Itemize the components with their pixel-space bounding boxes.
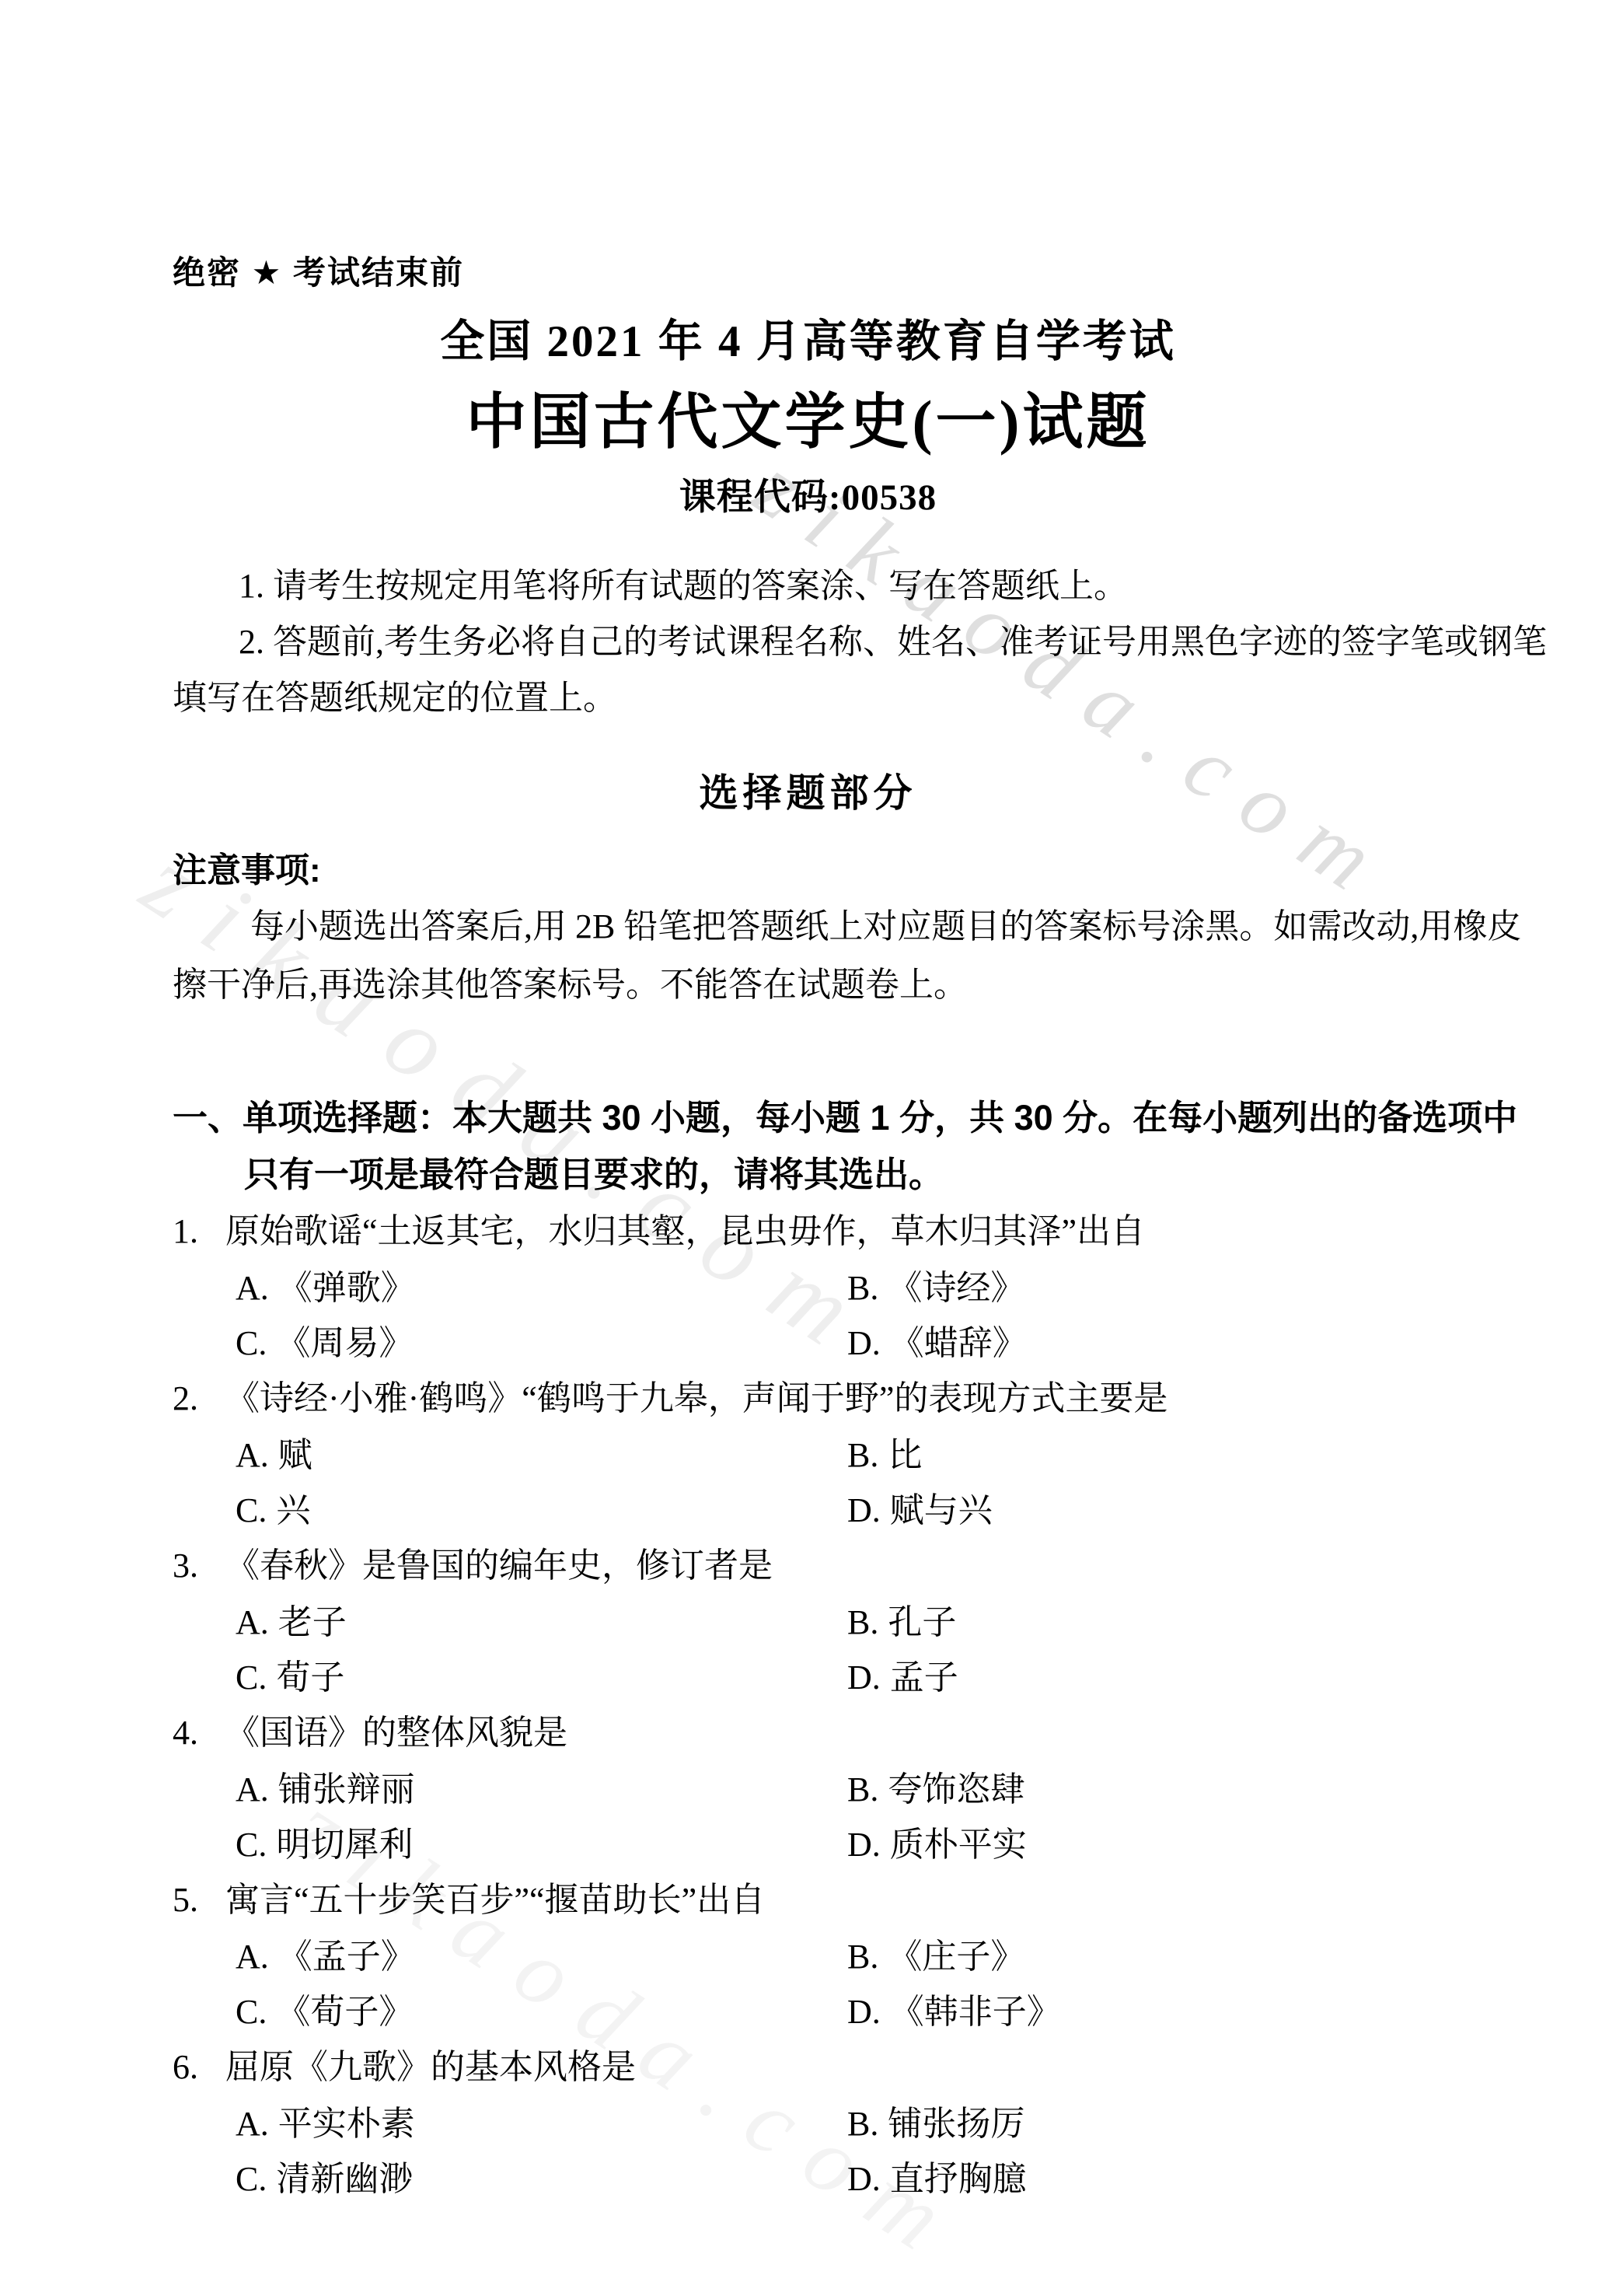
option-label: B. — [847, 2107, 878, 2141]
question-number: 1. — [173, 1214, 225, 1249]
option-text: 《孟子》 — [278, 1938, 415, 1976]
option-c: C.荀子 — [236, 1661, 847, 1695]
option-text: 铺张辩丽 — [278, 1770, 415, 1808]
question-number: 6. — [173, 2050, 225, 2085]
option-text: 兴 — [276, 1491, 310, 1529]
option-text: 《蜡辞》 — [890, 1324, 1027, 1362]
option-row: C.荀子 D.孟子 — [173, 1661, 1541, 1695]
option-label: C. — [236, 1995, 267, 2029]
option-label: B. — [847, 1773, 878, 1807]
option-text: 《弹歌》 — [278, 1269, 415, 1307]
option-b: B.比 — [847, 1438, 1541, 1473]
option-row: A.《弹歌》 B.《诗经》 — [173, 1271, 1541, 1305]
question: 3. 《春秋》是鲁国的编年史，修订者是 A.老子 B.孔子 C.荀子 D.孟子 — [173, 1549, 1541, 1695]
option-text: 铺张扬厉 — [888, 2105, 1024, 2143]
question-stem: 原始歌谣“土返其宅，水归其壑，昆虫毋作，草木归其泽”出自 — [225, 1214, 1145, 1249]
question-stem: 《诗经·小雅·鹤鸣》“鹤鸣于九皋，声闻于野”的表现方式主要是 — [225, 1382, 1167, 1416]
instruction-line: 2. 答题前,考生务必将自己的考试课程名称、姓名、准考证号用黑色字迹的签字笔或钢… — [173, 625, 1494, 659]
option-text: 比 — [888, 1436, 922, 1474]
option-row: A.铺张辩丽 B.夸饰恣肆 — [173, 1773, 1541, 1807]
question: 2. 《诗经·小雅·鹤鸣》“鹤鸣于九皋，声闻于野”的表现方式主要是 A.赋 B.… — [173, 1382, 1541, 1528]
notice-title: 注意事项: — [173, 854, 1510, 888]
option-text: 明切犀利 — [276, 1826, 413, 1864]
option-text: 质朴平实 — [890, 1826, 1027, 1864]
question-list: 1. 原始歌谣“土返其宅，水归其壑，昆虫毋作，草木归其泽”出自 A.《弹歌》 B… — [173, 1214, 1541, 2217]
option-label: A. — [236, 2107, 269, 2141]
option-text: 孟子 — [890, 1658, 958, 1697]
question-stem: 寓言“五十步笑百步”“揠苗助长”出自 — [225, 1883, 765, 1917]
part-one-heading-line: 只有一项是最符合题目要求的，请将其选出。 — [244, 1157, 1541, 1192]
question-stem-row: 5. 寓言“五十步笑百步”“揠苗助长”出自 — [173, 1883, 1541, 1917]
option-label: D. — [847, 1326, 881, 1361]
option-text: 直抒胸臆 — [890, 2160, 1027, 2198]
option-text: 老子 — [278, 1603, 347, 1641]
option-b: B.《庄子》 — [847, 1940, 1541, 1974]
option-c: C.明切犀利 — [236, 1828, 847, 1862]
option-label: D. — [847, 2162, 881, 2196]
option-label: C. — [236, 1661, 267, 1695]
option-c: C.《荀子》 — [236, 1995, 847, 2029]
option-a: A.平实朴素 — [236, 2107, 847, 2141]
option-a: A.《弹歌》 — [236, 1271, 847, 1305]
option-d: D.质朴平实 — [847, 1828, 1541, 1862]
exam-paper-page: zikaoda.com zikaoda.com zikaoda.com 绝密 ★… — [0, 0, 1616, 2296]
instruction-line: 1. 请考生按规定用笔将所有试题的答案涂、写在答题纸上。 — [173, 569, 1494, 603]
option-d: D.赋与兴 — [847, 1494, 1541, 1528]
option-text: 《荀子》 — [276, 1993, 413, 2031]
option-label: C. — [236, 1828, 267, 1862]
part-one-heading: 一、单项选择题：本大题共 30 小题，每小题 1 分，共 30 分。在每小题列出… — [173, 1100, 1541, 1192]
option-d: D.《蜡辞》 — [847, 1326, 1541, 1361]
option-label: B. — [847, 1438, 878, 1473]
instruction-line: 填写在答题纸规定的位置上。 — [173, 681, 1494, 715]
question-stem: 《国语》的整体风貌是 — [225, 1716, 567, 1750]
option-c: C.兴 — [236, 1494, 847, 1528]
option-a: A.老子 — [236, 1606, 847, 1640]
option-label: B. — [847, 1940, 878, 1974]
question-number: 2. — [173, 1382, 225, 1416]
option-a: A.铺张辩丽 — [236, 1773, 847, 1807]
option-b: B.《诗经》 — [847, 1271, 1541, 1305]
option-row: C.兴 D.赋与兴 — [173, 1494, 1541, 1528]
question-stem-row: 4. 《国语》的整体风貌是 — [173, 1716, 1541, 1750]
option-row: C.《荀子》 D.《韩非子》 — [173, 1995, 1541, 2029]
notice-block: 注意事项: 每小题选出答案后,用 2B 铅笔把答题纸上对应题目的答案标号涂黑。如… — [173, 854, 1510, 1002]
question-stem: 屈原《九歌》的基本风格是 — [225, 2050, 636, 2085]
question: 1. 原始歌谣“土返其宅，水归其壑，昆虫毋作，草木归其泽”出自 A.《弹歌》 B… — [173, 1214, 1541, 1361]
option-label: B. — [847, 1606, 878, 1640]
question: 4. 《国语》的整体风貌是 A.铺张辩丽 B.夸饰恣肆 C.明切犀利 D.质朴平… — [173, 1716, 1541, 1862]
option-b: B.夸饰恣肆 — [847, 1773, 1541, 1807]
option-label: A. — [236, 1271, 269, 1305]
option-label: A. — [236, 1606, 269, 1640]
option-row: C.清新幽渺 D.直抒胸臆 — [173, 2162, 1541, 2196]
option-row: C.《周易》 D.《蜡辞》 — [173, 1326, 1541, 1361]
option-text: 平实朴素 — [278, 2105, 415, 2143]
question: 5. 寓言“五十步笑百步”“揠苗助长”出自 A.《孟子》 B.《庄子》 C.《荀… — [173, 1883, 1541, 2029]
question-number: 3. — [173, 1549, 225, 1583]
option-label: A. — [236, 1940, 269, 1974]
option-text: 《庄子》 — [888, 1938, 1024, 1976]
option-a: A.赋 — [236, 1438, 847, 1473]
option-label: D. — [847, 1661, 881, 1695]
option-row: A.赋 B.比 — [173, 1438, 1541, 1473]
option-c: C.清新幽渺 — [236, 2162, 847, 2196]
option-row: C.明切犀利 D.质朴平实 — [173, 1828, 1541, 1862]
option-label: B. — [847, 1271, 878, 1305]
option-d: D.直抒胸臆 — [847, 2162, 1541, 2196]
question: 6. 屈原《九歌》的基本风格是 A.平实朴素 B.铺张扬厉 C.清新幽渺 D.直… — [173, 2050, 1541, 2196]
option-label: C. — [236, 1494, 267, 1528]
option-label: A. — [236, 1773, 269, 1807]
option-b: B.孔子 — [847, 1606, 1541, 1640]
option-text: 《周易》 — [276, 1324, 413, 1362]
option-d: D.孟子 — [847, 1661, 1541, 1695]
option-text: 《韩非子》 — [890, 1993, 1061, 2031]
question-stem-row: 2. 《诗经·小雅·鹤鸣》“鹤鸣于九皋，声闻于野”的表现方式主要是 — [173, 1382, 1541, 1416]
option-label: A. — [236, 1438, 269, 1473]
option-row: A.《孟子》 B.《庄子》 — [173, 1940, 1541, 1974]
option-label: C. — [236, 1326, 267, 1361]
option-label: D. — [847, 1494, 881, 1528]
option-row: A.老子 B.孔子 — [173, 1606, 1541, 1640]
option-text: 赋与兴 — [890, 1491, 993, 1529]
exam-title: 全国 2021 年 4 月高等教育自学考试 — [0, 306, 1616, 369]
option-text: 清新幽渺 — [276, 2160, 413, 2198]
paper-title: 中国古代文学史(一)试题 — [0, 373, 1616, 460]
notice-line: 每小题选出答案后,用 2B 铅笔把答题纸上对应题目的答案标号涂黑。如需改动,用橡… — [173, 910, 1510, 944]
question-number: 5. — [173, 1883, 225, 1917]
general-instructions: 1. 请考生按规定用笔将所有试题的答案涂、写在答题纸上。 2. 答题前,考生务必… — [173, 569, 1494, 737]
option-row: A.平实朴素 B.铺张扬厉 — [173, 2107, 1541, 2141]
option-d: D.《韩非子》 — [847, 1995, 1541, 2029]
selection-section-heading: 选择题部分 — [0, 762, 1616, 818]
option-c: C.《周易》 — [236, 1326, 847, 1361]
option-text: 《诗经》 — [888, 1269, 1024, 1307]
notice-line: 擦干净后,再选涂其他答案标号。不能答在试题卷上。 — [173, 968, 1510, 1002]
question-stem-row: 3. 《春秋》是鲁国的编年史，修订者是 — [173, 1549, 1541, 1583]
secrecy-label: 绝密 ★ 考试结束前 — [173, 247, 464, 294]
option-text: 荀子 — [276, 1658, 344, 1697]
option-text: 孔子 — [888, 1603, 956, 1641]
course-code: 课程代码:00538 — [0, 468, 1616, 520]
question-number: 4. — [173, 1716, 225, 1750]
option-b: B.铺张扬厉 — [847, 2107, 1541, 2141]
option-text: 夸饰恣肆 — [888, 1770, 1024, 1808]
option-label: D. — [847, 1828, 881, 1862]
question-stem-row: 1. 原始歌谣“土返其宅，水归其壑，昆虫毋作，草木归其泽”出自 — [173, 1214, 1541, 1249]
part-one-heading-line: 一、单项选择题：本大题共 30 小题，每小题 1 分，共 30 分。在每小题列出… — [173, 1100, 1541, 1135]
option-label: D. — [847, 1995, 881, 2029]
option-label: C. — [236, 2162, 267, 2196]
option-text: 赋 — [278, 1436, 312, 1474]
option-a: A.《孟子》 — [236, 1940, 847, 1974]
question-stem-row: 6. 屈原《九歌》的基本风格是 — [173, 2050, 1541, 2085]
question-stem: 《春秋》是鲁国的编年史，修订者是 — [225, 1549, 773, 1583]
